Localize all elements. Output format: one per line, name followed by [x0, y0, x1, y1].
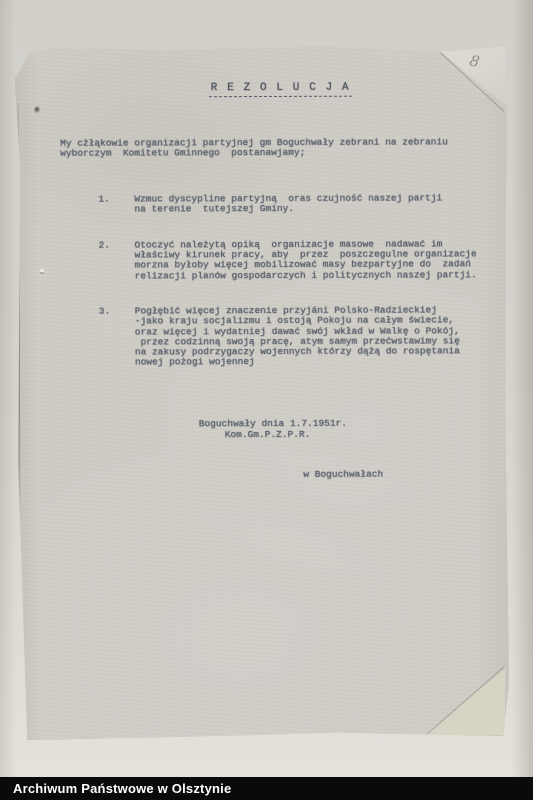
- list-item: 3. Pogłębić więcej znaczenie przyjáni Po…: [61, 305, 488, 368]
- list-item-text: Pogłębić więcej znaczenie przyjáni Polsk…: [135, 305, 488, 367]
- dateline-row: Boguchwały dnia 1.7.1951r. Kom.Gm.P.Z.P.…: [153, 408, 488, 450]
- ink-smudge: [33, 105, 41, 115]
- photo-background: 8 R E Z O L U C J A My cżłąkowie organiz…: [0, 0, 533, 800]
- list-item-text: Wzmuc dyscypline partyjną oras czujność …: [134, 193, 487, 215]
- list-item-number: 1.: [98, 195, 134, 216]
- list-item: 2. Otoczyć należytą opiką organizacje ma…: [60, 239, 487, 281]
- list-item-text: Otoczyć należytą opiką organizacje masow…: [134, 239, 487, 281]
- typewritten-text: R E Z O L U C J A My cżłąkowie organizac…: [60, 43, 489, 501]
- organization-name: Kom.Gm.P.Z.P.R.: [225, 428, 311, 439]
- organization-location: w Boguchwałach: [303, 470, 488, 481]
- document-intro: My cżłąkowie organizacji partyjnej gm Bo…: [60, 137, 487, 159]
- archive-watermark-bar: Archiwum Państwowe w Olsztynie: [0, 777, 533, 800]
- document-page: 8 R E Z O L U C J A My cżłąkowie organiz…: [15, 43, 509, 740]
- list-item: 1. Wzmuc dyscypline partyjną oras czujno…: [60, 193, 487, 215]
- document-title: R E Z O L U C J A: [209, 83, 352, 97]
- archive-name: Archiwum Państwowe w Olsztynie: [0, 781, 231, 796]
- list-item-number: 2.: [98, 240, 134, 281]
- page-edge-shadow: [16, 103, 20, 523]
- list-item-number: 3.: [99, 307, 135, 368]
- title-row: R E Z O L U C J A: [60, 83, 487, 98]
- paper-hole: [40, 269, 45, 273]
- place-date: Boguchwały dnia 1.7.1951r.: [199, 418, 347, 430]
